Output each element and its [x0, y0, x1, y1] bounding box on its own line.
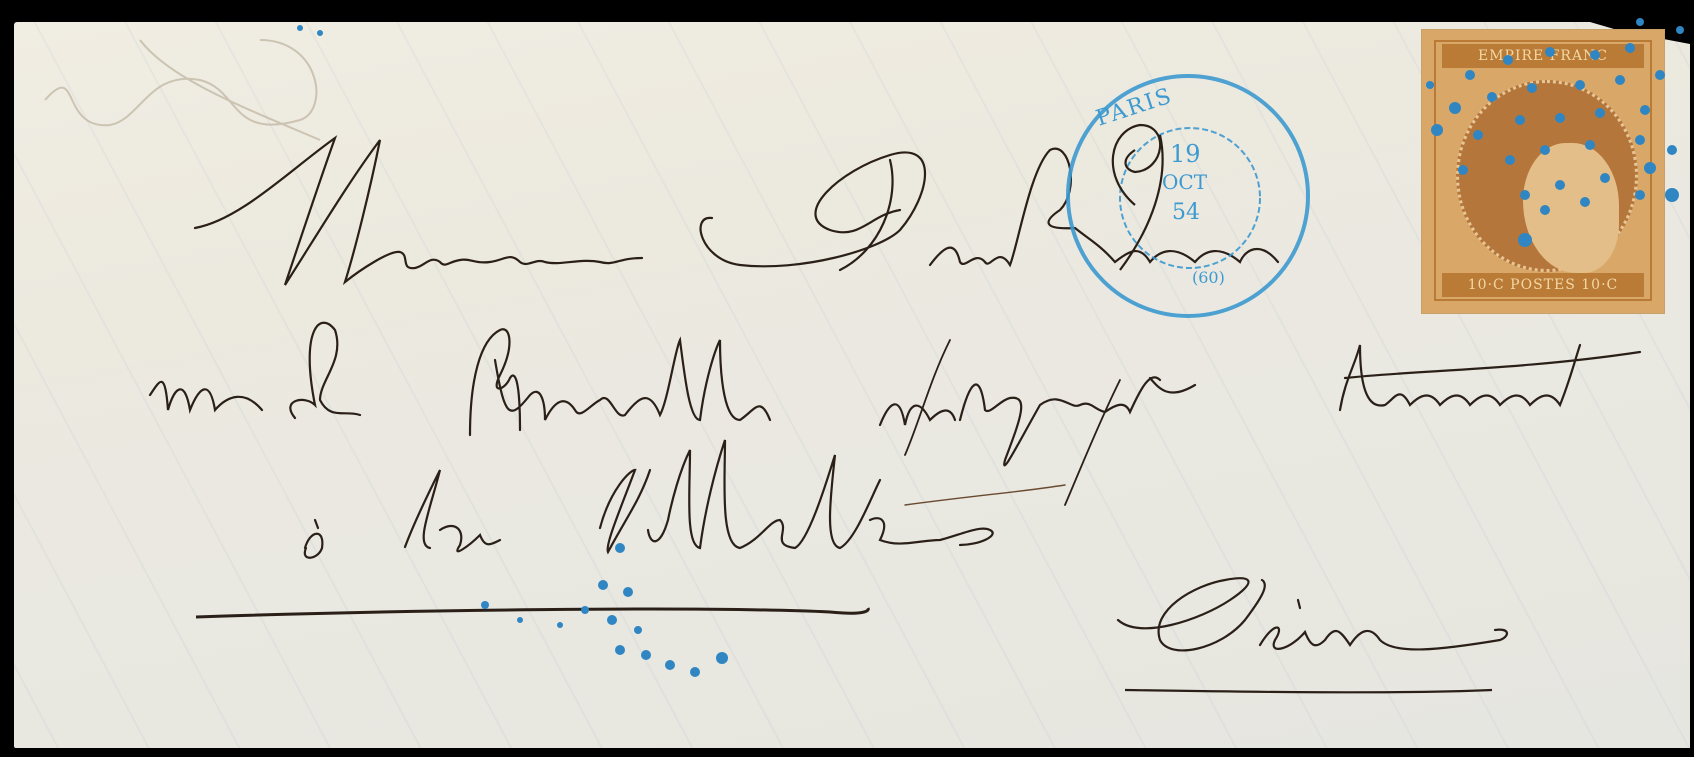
dotted-cancel	[297, 18, 1684, 677]
postmark-office: (60)	[1192, 268, 1225, 287]
postmark-layer	[0, 0, 1694, 757]
postmark-year: 54	[1172, 200, 1200, 225]
postmark-month: OCT	[1162, 170, 1207, 194]
postmark-day: 19	[1170, 140, 1201, 168]
